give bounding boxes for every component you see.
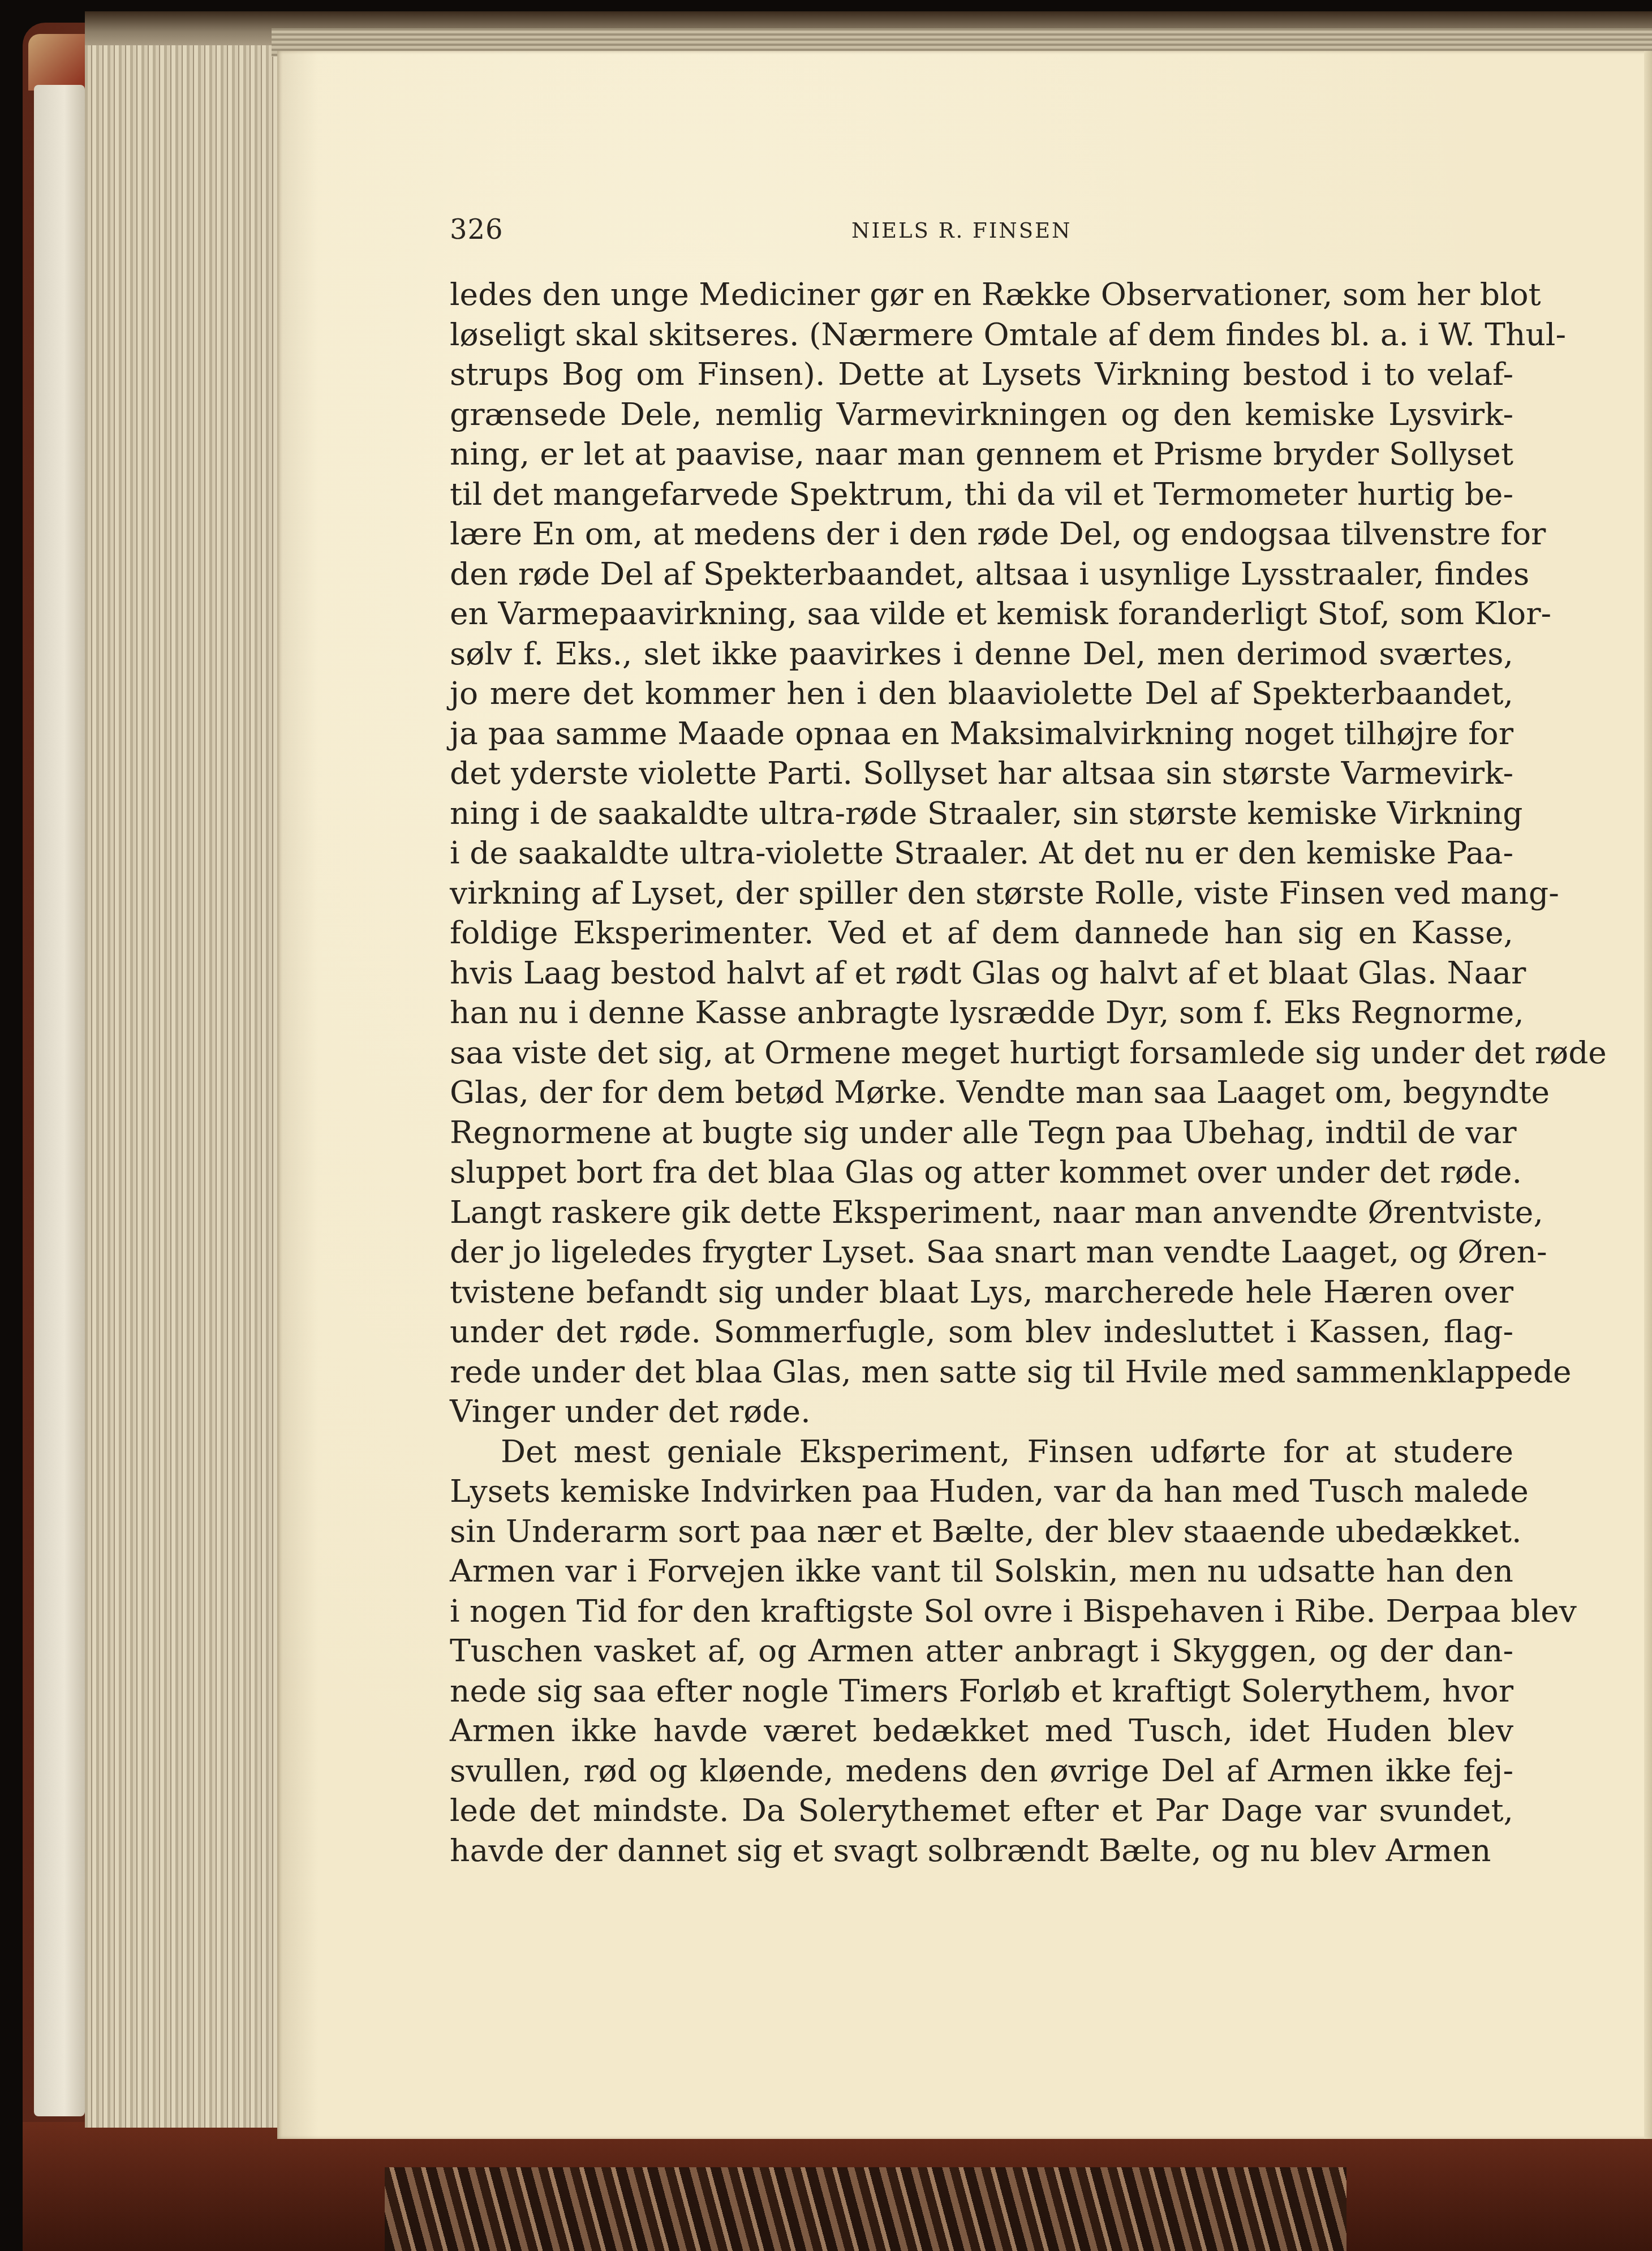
text-line: rede under det blaa Glas, men satte sig … <box>450 1352 1513 1392</box>
paragraph: ledes den unge Mediciner gør en Række Ob… <box>450 274 1513 1432</box>
text-line: det yderste violette Parti. Sollyset har… <box>450 753 1513 793</box>
text-line: til det mangefarvede Spektrum, thi da vi… <box>450 474 1513 514</box>
text-line: jo mere det kommer hen i den blaaviolett… <box>450 673 1513 714</box>
text-line: Vinger under det røde. <box>450 1391 1513 1432</box>
running-title: NIELS R. FINSEN <box>851 218 1072 243</box>
text-line: Regnormene at bugte sig under alle Tegn … <box>450 1112 1513 1153</box>
text-line: Lysets kemiske Indvirken paa Huden, var … <box>450 1471 1513 1511</box>
text-line: en Varmepaavirkning, saa vilde et kemisk… <box>450 594 1513 634</box>
page-right-edge <box>1644 51 1652 2139</box>
text-line: løseligt skal skitseres. (Nærmere Omtale… <box>450 315 1513 355</box>
text-line: strups Bog om Finsen). Dette at Lysets V… <box>450 354 1513 394</box>
page-number: 326 <box>450 214 504 246</box>
text-line: foldige Eksperimenter. Ved et af dem dan… <box>450 913 1513 953</box>
text-line: ja paa samme Maade opnaa en Maksimalvirk… <box>450 714 1513 754</box>
running-head: 326 NIELS R. FINSEN <box>450 214 1513 248</box>
text-line: lære En om, at medens der i den røde Del… <box>450 514 1513 554</box>
text-line: ledes den unge Mediciner gør en Række Ob… <box>450 274 1513 315</box>
text-line: tvistene befandt sig under blaat Lys, ma… <box>450 1272 1513 1312</box>
endpaper <box>34 85 85 2116</box>
text-line: sluppet bort fra det blaa Glas og atter … <box>450 1152 1513 1192</box>
text-line: Armen var i Forvejen ikke vant til Solsk… <box>450 1551 1513 1591</box>
text-line: grænsede Dele, nemlig Varmevirkningen og… <box>450 394 1513 435</box>
text-line: Langt raskere gik dette Eksperiment, naa… <box>450 1192 1513 1232</box>
text-line: lede det mindste. Da Solerythemet efter … <box>450 1790 1513 1831</box>
page-stack-edge <box>85 17 277 2128</box>
text-line: Armen ikke havde været bedækket med Tusc… <box>450 1711 1513 1751</box>
text-line: saa viste det sig, at Ormene meget hurti… <box>450 1033 1513 1073</box>
text-line: hvis Laag bestod halvt af et rødt Glas o… <box>450 953 1513 993</box>
red-page-edge <box>28 34 85 91</box>
text-line: nede sig saa efter nogle Timers Forløb e… <box>450 1671 1513 1711</box>
cover-decoration <box>385 2167 1346 2251</box>
text-line: Glas, der for dem betød Mørke. Vendte ma… <box>450 1072 1513 1112</box>
text-line: sin Underarm sort paa nær et Bælte, der … <box>450 1511 1513 1552</box>
text-line: sølv f. Eks., slet ikke paavirkes i denn… <box>450 634 1513 674</box>
paragraph: Det mest geniale Eksperiment, Finsen udf… <box>450 1432 1513 1871</box>
text-line: den røde Del af Spekterbaandet, altsaa i… <box>450 554 1513 594</box>
text-line: Det mest geniale Eksperiment, Finsen udf… <box>450 1432 1513 1472</box>
text-line: der jo ligeledes frygter Lyset. Saa snar… <box>450 1232 1513 1272</box>
text-line: svullen, rød og kløende, medens den øvri… <box>450 1751 1513 1791</box>
text-line: ning i de saakaldte ultra-røde Straaler,… <box>450 793 1513 834</box>
text-line: virkning af Lyset, der spiller den størs… <box>450 873 1513 913</box>
text-line: havde der dannet sig et svagt solbrændt … <box>450 1831 1513 1871</box>
text-line: under det røde. Sommerfugle, som blev in… <box>450 1312 1513 1352</box>
body-text: ledes den unge Mediciner gør en Række Ob… <box>450 274 1513 1870</box>
text-line: ning, er let at paavise, naar man gennem… <box>450 434 1513 474</box>
text-line: Tuschen vasket af, og Armen atter anbrag… <box>450 1631 1513 1671</box>
text-line: i de saakaldte ultra-violette Straaler. … <box>450 833 1513 873</box>
text-line: i nogen Tid for den kraftigste Sol ovre … <box>450 1591 1513 1631</box>
text-line: han nu i denne Kasse anbragte lysrædde D… <box>450 993 1513 1033</box>
